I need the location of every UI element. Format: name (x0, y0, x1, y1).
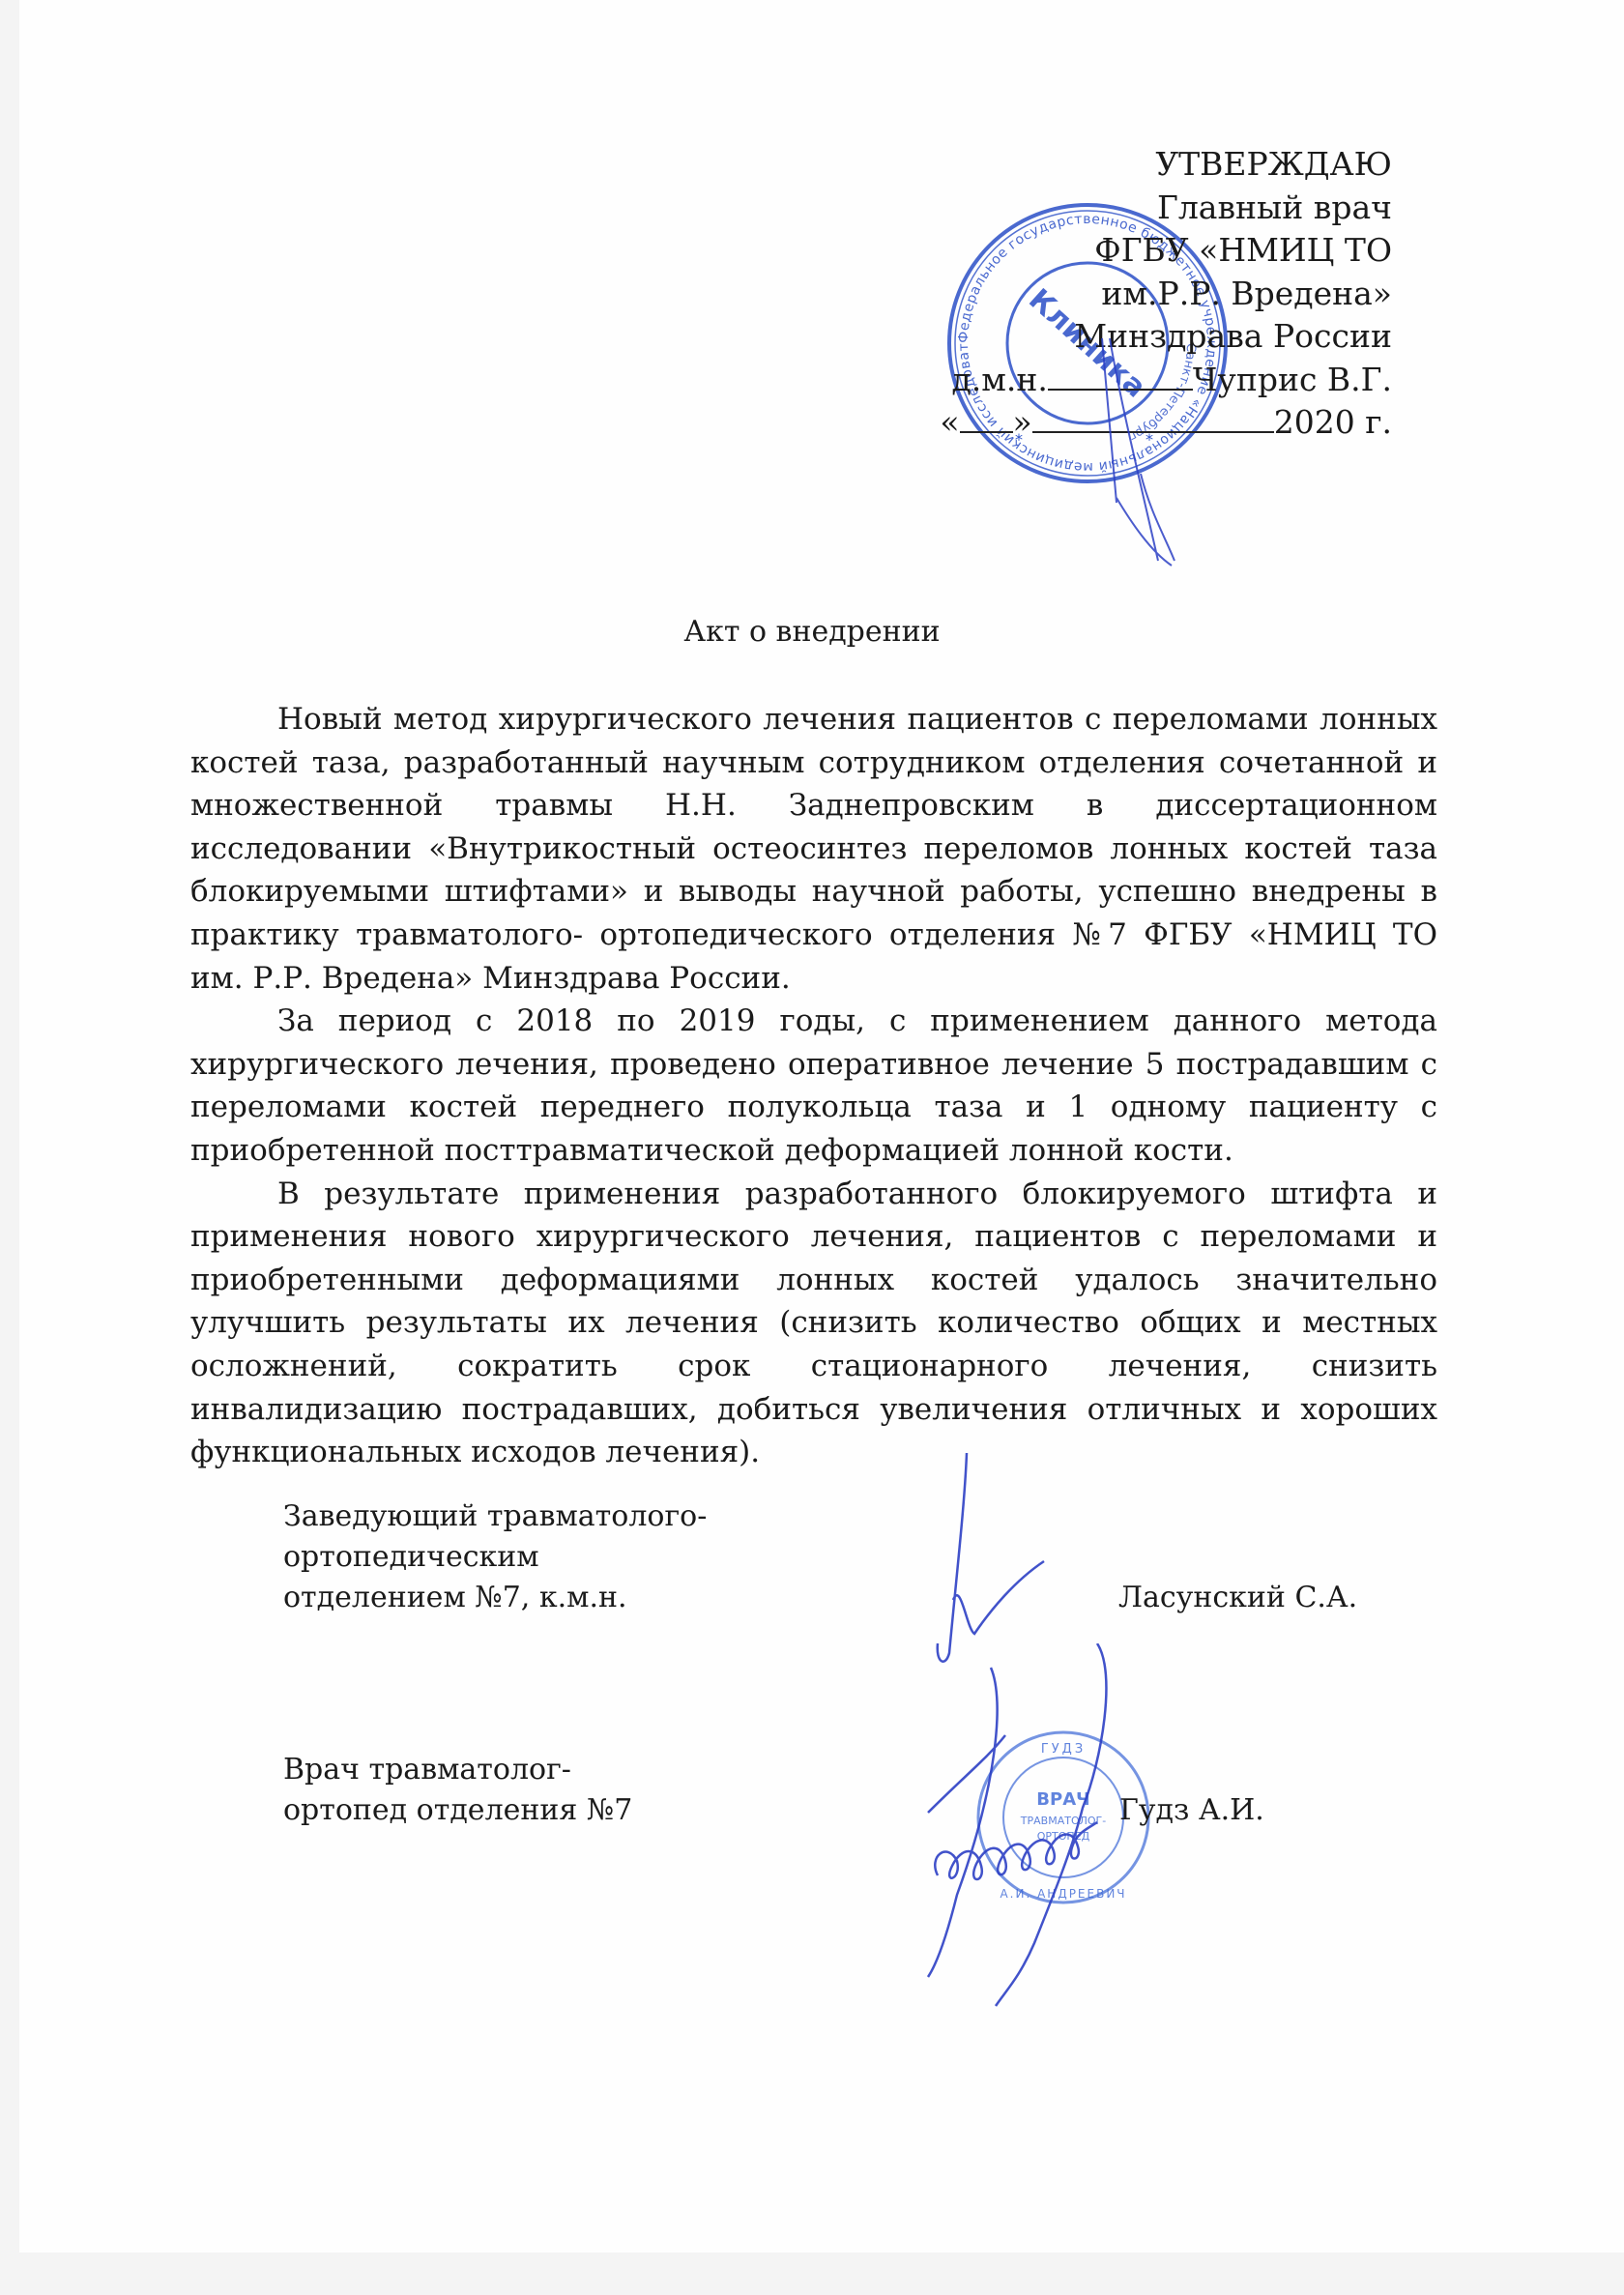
date-open-quote: « (940, 403, 959, 441)
signature-block-head: Заведующий травматолого- ортопедическим … (283, 1496, 707, 1618)
approval-date-line: «»2020 г. (940, 401, 1392, 445)
signer-position-line: ортопед отделения №7 (283, 1790, 632, 1831)
svg-text:ГУДЗ: ГУДЗ (1041, 1742, 1086, 1757)
svg-text:ВРАЧ: ВРАЧ (1036, 1789, 1089, 1810)
body-paragraph: За период с 2018 по 2019 годы, с примене… (190, 1000, 1437, 1172)
approval-signer-name: Чуприс В.Г. (1193, 361, 1392, 398)
approval-role: Главный врач (940, 187, 1392, 230)
body-paragraph: Новый метод хирургического лечения пацие… (190, 698, 1437, 1000)
signer-position-line: ортопедическим (283, 1537, 707, 1578)
month-blank (1032, 404, 1274, 433)
svg-text:ОРТОПЕД: ОРТОПЕД (1037, 1830, 1090, 1843)
day-blank (960, 404, 1013, 433)
signer-position-line: Заведующий травматолого- (283, 1496, 707, 1537)
approval-signer-degree: д.м.н. (951, 361, 1047, 398)
signer-name-doctor: Гудз А.И. (1119, 1790, 1264, 1831)
svg-text:А.И. АНДРЕЕВИЧ: А.И. АНДРЕЕВИЧ (1000, 1887, 1126, 1901)
body-paragraph: В результате применения разработанного б… (190, 1173, 1437, 1474)
approval-ministry: Минздрава России (940, 315, 1392, 359)
document-title: Акт о внедрении (0, 615, 1624, 649)
approval-org-line-1: ФГБУ «НМИЦ ТО (940, 229, 1392, 273)
signer-position-line: Врач травматолог- (283, 1750, 632, 1790)
signature-block-doctor: Врач травматолог- ортопед отделения №7 (283, 1750, 632, 1831)
svg-text:ТРАВМАТОЛОГ-: ТРАВМАТОЛОГ- (1020, 1815, 1106, 1827)
document-body: Новый метод хирургического лечения пацие… (190, 698, 1437, 1474)
signature-blank (1048, 362, 1193, 391)
signer-name-head: Ласунский С.А. (1118, 1578, 1357, 1618)
approval-org-line-2: им.Р.Р. Вредена» (940, 273, 1392, 316)
approval-block: УТВЕРЖДАЮ Главный врач ФГБУ «НМИЦ ТО им.… (940, 143, 1392, 445)
approval-heading: УТВЕРЖДАЮ (940, 143, 1392, 187)
signer-position-line: отделением №7, к.м.н. (283, 1578, 707, 1618)
approval-signer-line: д.м.н.Чуприс В.Г. (940, 359, 1392, 402)
approval-date-year: 2020 г. (1274, 403, 1392, 441)
date-close-quote: » (1013, 403, 1032, 441)
